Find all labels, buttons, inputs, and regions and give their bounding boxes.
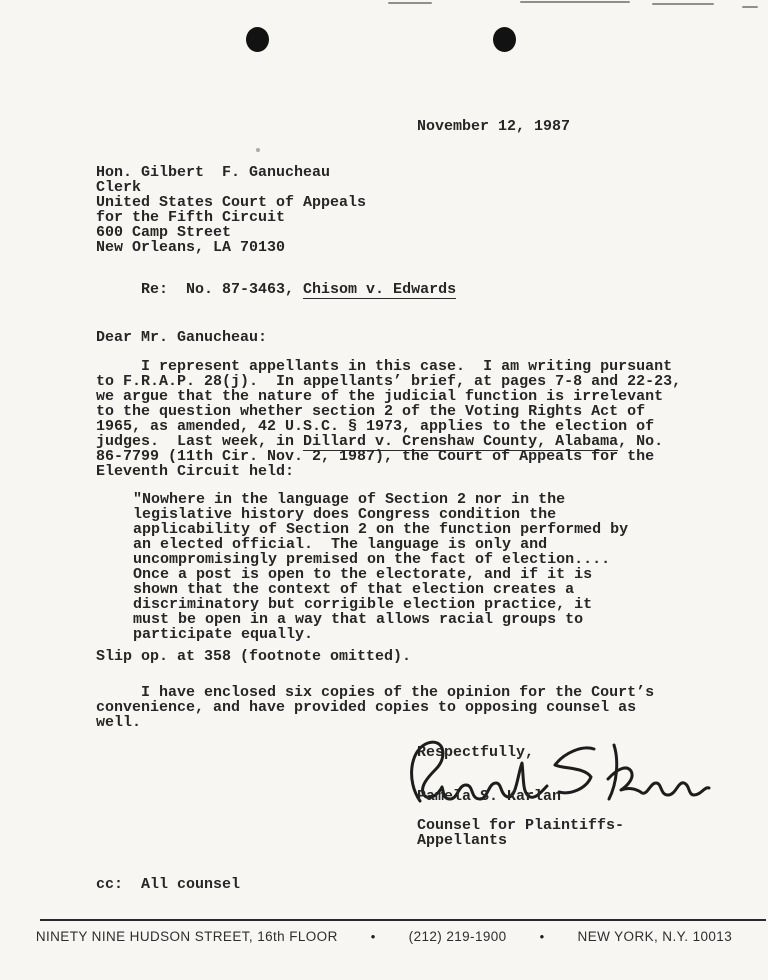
text-line: discriminatory but corrigible election p… [133, 597, 628, 612]
letterhead-footer: NINETY NINE HUDSON STREET, 16th FLOOR • … [0, 929, 768, 944]
hole-punch-dot [246, 27, 269, 52]
re-line: Re: No. 87-3463, Chisom v. Edwards [96, 282, 456, 297]
text-line: 600 Camp Street [96, 225, 366, 240]
footer-street-address: NINETY NINE HUDSON STREET, 16th FLOOR [36, 929, 338, 944]
text-line: convenience, and have provided copies to… [96, 700, 654, 715]
salutation: Dear Mr. Ganucheau: [96, 330, 267, 345]
text-line: Counsel for Plaintiffs- [417, 818, 624, 833]
block-quote: "Nowhere in the language of Section 2 no… [133, 492, 628, 642]
text-line: well. [96, 715, 654, 730]
ink-speck [256, 148, 260, 152]
text-line: legislative history does Congress condit… [133, 507, 628, 522]
scan-artifact [652, 3, 714, 5]
text-line: to the question whether section 2 of the… [96, 404, 681, 419]
hole-punch-dot [493, 27, 516, 52]
text-line: United States Court of Appeals [96, 195, 366, 210]
underlined-case-citation: Chisom v. Edwards [303, 281, 456, 299]
text-line: must be open in a way that allows racial… [133, 612, 628, 627]
letter-page: November 12, 1987 Hon. Gilbert F. Ganuch… [0, 0, 768, 980]
signer-name: Pamela S. Karlan [417, 789, 561, 804]
bullet-separator-icon: • [371, 929, 376, 944]
date-line: November 12, 1987 [417, 119, 570, 134]
text-line: New Orleans, LA 70130 [96, 240, 366, 255]
footer-city-zip: NEW YORK, N.Y. 10013 [578, 929, 733, 944]
slip-opinion-line: Slip op. at 358 (footnote omitted). [96, 649, 411, 664]
footer-phone-number: (212) 219-1900 [409, 929, 507, 944]
footer-rule [40, 919, 766, 921]
body-paragraph-2: I have enclosed six copies of the opinio… [96, 685, 654, 730]
text-line: applicability of Section 2 on the functi… [133, 522, 628, 537]
text-line: Once a post is open to the electorate, a… [133, 567, 628, 582]
text-line: participate equally. [133, 627, 628, 642]
text-line: Hon. Gilbert F. Ganucheau [96, 165, 366, 180]
text-line: Appellants [417, 833, 624, 848]
bullet-separator-icon: • [540, 929, 545, 944]
body-paragraph-1: I represent appellants in this case. I a… [96, 359, 681, 479]
text-line: judges. Last week, in Dillard v. Crensha… [96, 434, 681, 449]
text-line: 1965, as amended, 42 U.S.C. § 1973, appl… [96, 419, 681, 434]
text-line: an elected official. The language is onl… [133, 537, 628, 552]
text-line: Clerk [96, 180, 366, 195]
text-line: we argue that the nature of the judicial… [96, 389, 681, 404]
text-line: Re: No. 87-3463, Chisom v. Edwards [96, 282, 456, 297]
text-line: Eleventh Circuit held: [96, 464, 681, 479]
text-line: shown that the context of that election … [133, 582, 628, 597]
text-line: uncompromisingly premised on the fact of… [133, 552, 628, 567]
text-line: 86-7799 (11th Cir. Nov. 2, 1987), the Co… [96, 449, 681, 464]
text-line: I represent appellants in this case. I a… [96, 359, 681, 374]
scan-artifact [742, 6, 758, 8]
scan-artifact [520, 1, 630, 3]
text-line: I have enclosed six copies of the opinio… [96, 685, 654, 700]
recipient-address: Hon. Gilbert F. GanucheauClerkUnited Sta… [96, 165, 366, 255]
signer-title: Counsel for Plaintiffs-Appellants [417, 818, 624, 848]
scan-artifact [388, 2, 432, 4]
text-line: for the Fifth Circuit [96, 210, 366, 225]
text-segment: Re: No. 87-3463, [96, 281, 303, 298]
cc-line: cc: All counsel [96, 877, 240, 892]
text-line: to F.R.A.P. 28(j). In appellants’ brief,… [96, 374, 681, 389]
text-line: "Nowhere in the language of Section 2 no… [133, 492, 628, 507]
